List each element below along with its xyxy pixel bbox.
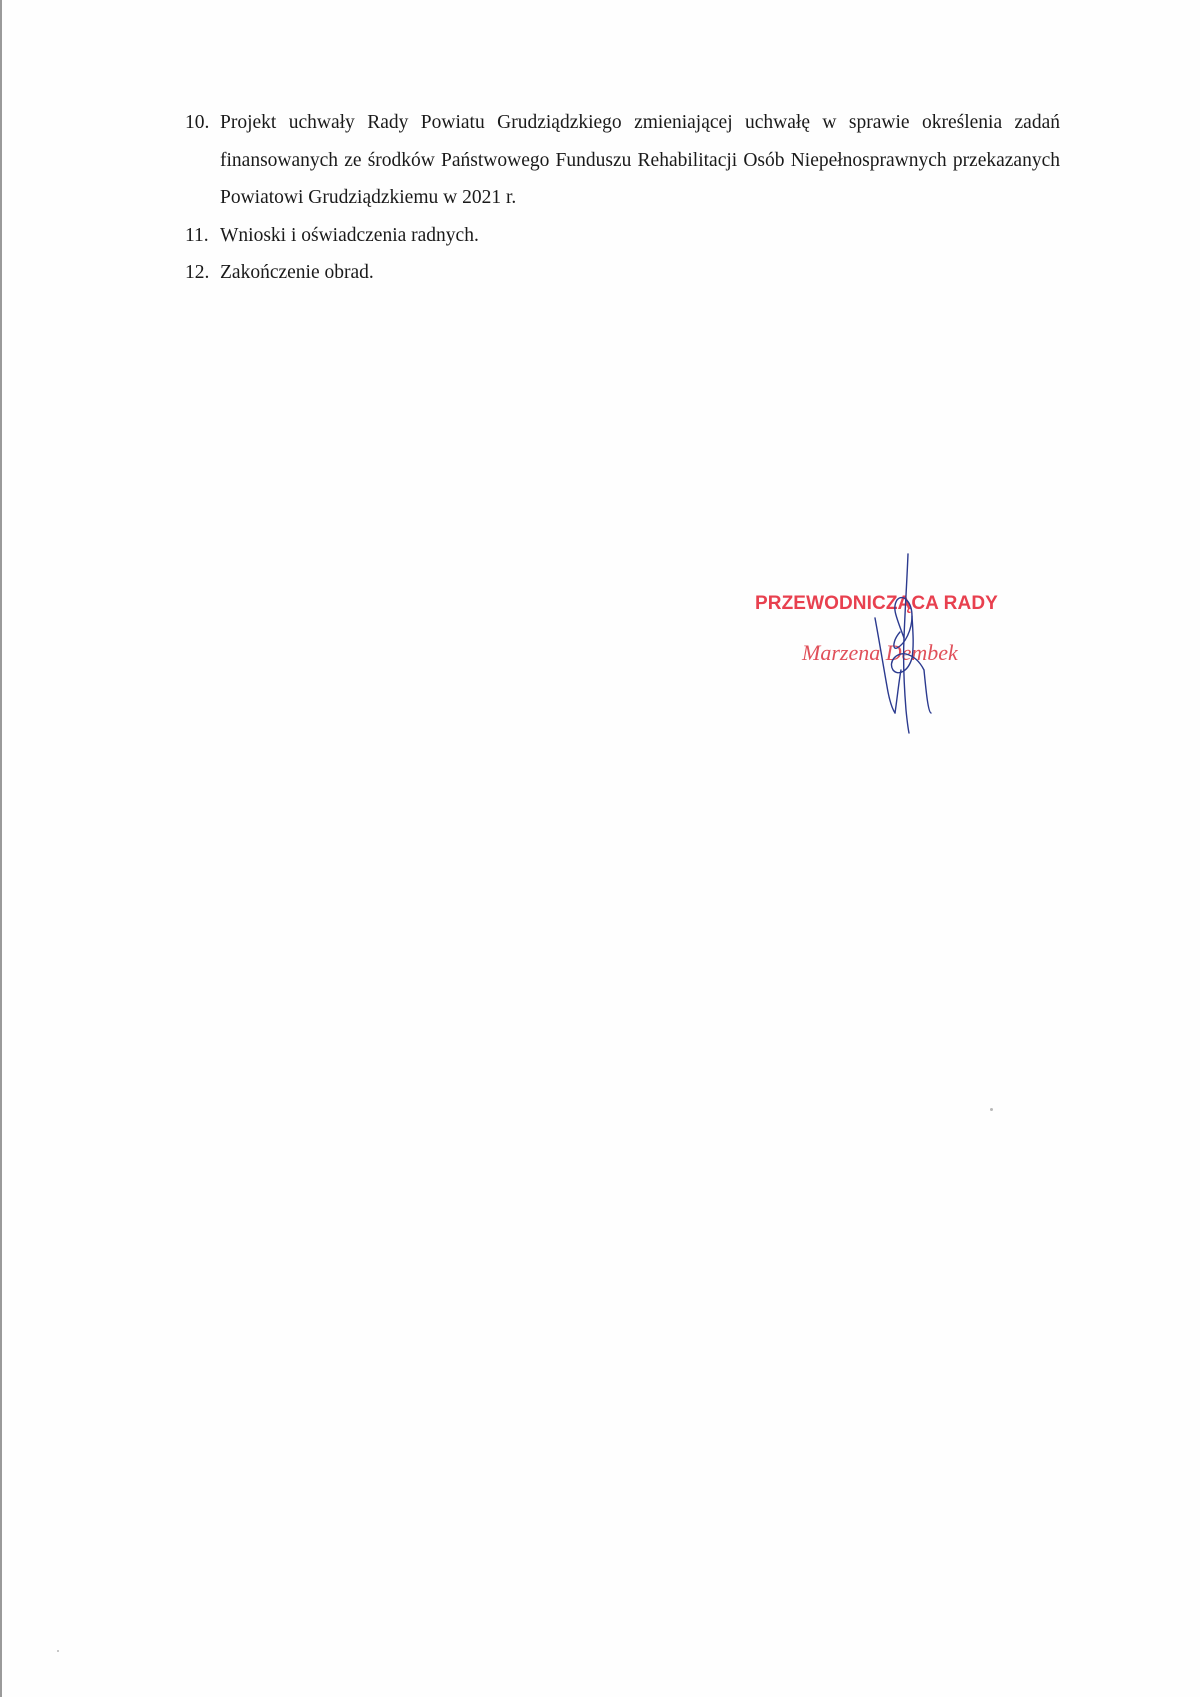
scan-edge — [0, 0, 2, 1697]
document-page: 10. Projekt uchwały Rady Powiatu Grudzią… — [0, 0, 1200, 1697]
agenda-list: 10. Projekt uchwały Rady Powiatu Grudzią… — [185, 104, 1060, 292]
agenda-item-number: 10. — [185, 104, 209, 142]
agenda-item-text: Wnioski i oświadczenia radnych. — [220, 225, 479, 246]
handwritten-signature — [700, 520, 1100, 740]
stamp-title: PRZEWODNICZĄCA RADY — [755, 593, 998, 615]
agenda-item-number: 11. — [185, 217, 209, 255]
agenda-item: 12. Zakończenie obrad. — [185, 254, 1060, 292]
agenda-item: 11. Wnioski i oświadczenia radnych. — [185, 217, 1060, 255]
agenda-item-number: 12. — [185, 254, 209, 292]
agenda-item-text: Zakończenie obrad. — [220, 262, 374, 283]
scan-speck — [990, 1108, 993, 1111]
chairperson-stamp: PRZEWODNICZĄCA RADY Marzena Dembek — [700, 520, 1100, 740]
agenda-item: 10. Projekt uchwały Rady Powiatu Grudzią… — [185, 104, 1060, 217]
stamp-name: Marzena Dembek — [802, 640, 958, 666]
agenda-item-text: Projekt uchwały Rady Powiatu Grudziądzki… — [220, 112, 1060, 208]
scan-speck — [57, 1650, 59, 1652]
